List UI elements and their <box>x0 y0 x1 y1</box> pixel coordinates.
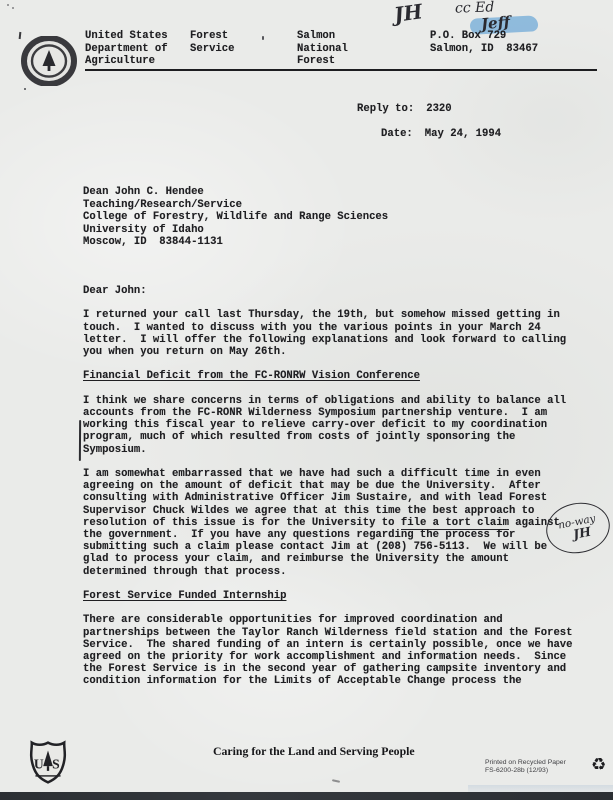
scan-artifact-comma <box>262 36 264 40</box>
paragraph-tort-claim-part1: I am somewhat embarrassed that we have h… <box>83 468 588 517</box>
header-agency-name: United States Department of Agriculture <box>85 30 168 68</box>
paragraph-deficit: I think we share concerns in terms of ob… <box>83 395 588 456</box>
forest-service-shield-icon: U S <box>28 740 68 785</box>
reply-to-line: Reply to:2320 <box>357 103 452 115</box>
hand-underlined-phrase: file a tort claim <box>401 517 509 530</box>
salutation: Dear John: <box>83 285 588 297</box>
paragraph-tort-claim-part2: the government. If you have any question… <box>83 529 588 578</box>
reply-to-label: Reply to: <box>357 103 414 115</box>
recycle-icon: ♻ <box>591 755 606 775</box>
recycled-paper-note: Printed on Recycled Paper FS-6200-28b (1… <box>485 759 566 775</box>
header-divider <box>85 69 597 71</box>
scan-artifact-dot <box>24 88 26 90</box>
circled-note-initials: JH <box>572 525 592 540</box>
date-label: Date: <box>381 128 413 140</box>
scanned-letter-page: JH cc Ed Jeff United States Department o… <box>0 0 613 800</box>
scan-bottom-edge <box>0 792 613 800</box>
svg-text:S: S <box>52 756 60 771</box>
reply-to-value: 2320 <box>426 103 451 115</box>
header-return-address: P.O. Box 729 Salmon, ID 83467 <box>430 30 538 55</box>
section-heading-internship: Forest Service Funded Internship <box>83 590 588 602</box>
handwritten-reviewer-initials: JH <box>392 0 423 27</box>
handwritten-margin-line <box>79 420 81 461</box>
header-service-name: Forest Service <box>190 30 235 55</box>
footer-motto: Caring for the Land and Serving People <box>213 744 415 759</box>
header-forest-name: Salmon National Forest <box>297 30 348 68</box>
line5-pre-text: resolution of this issue is for the Univ… <box>83 517 401 529</box>
letter-body: Dear John: I returned your call last Thu… <box>83 285 588 688</box>
section-heading-financial-deficit: Financial Deficit from the FC-RONRW Visi… <box>83 370 588 382</box>
date-line: Date:May 24, 1994 <box>381 128 501 140</box>
scan-artifact-smudge <box>332 779 340 783</box>
scan-artifact-dot <box>7 4 9 6</box>
date-value: May 24, 1994 <box>425 128 501 140</box>
paragraph-intro: I returned your call last Thursday, the … <box>83 309 588 358</box>
svg-text:U: U <box>34 756 44 771</box>
scan-artifact-dot <box>12 7 14 9</box>
paragraph-tort-claim-line5: resolution of this issue is for the Univ… <box>83 517 588 529</box>
recipient-address-block: Dean John C. Hendee Teaching/Research/Se… <box>83 186 388 249</box>
paragraph-internship: There are considerable opportunities for… <box>83 614 588 687</box>
usda-seal-icon <box>21 36 77 86</box>
